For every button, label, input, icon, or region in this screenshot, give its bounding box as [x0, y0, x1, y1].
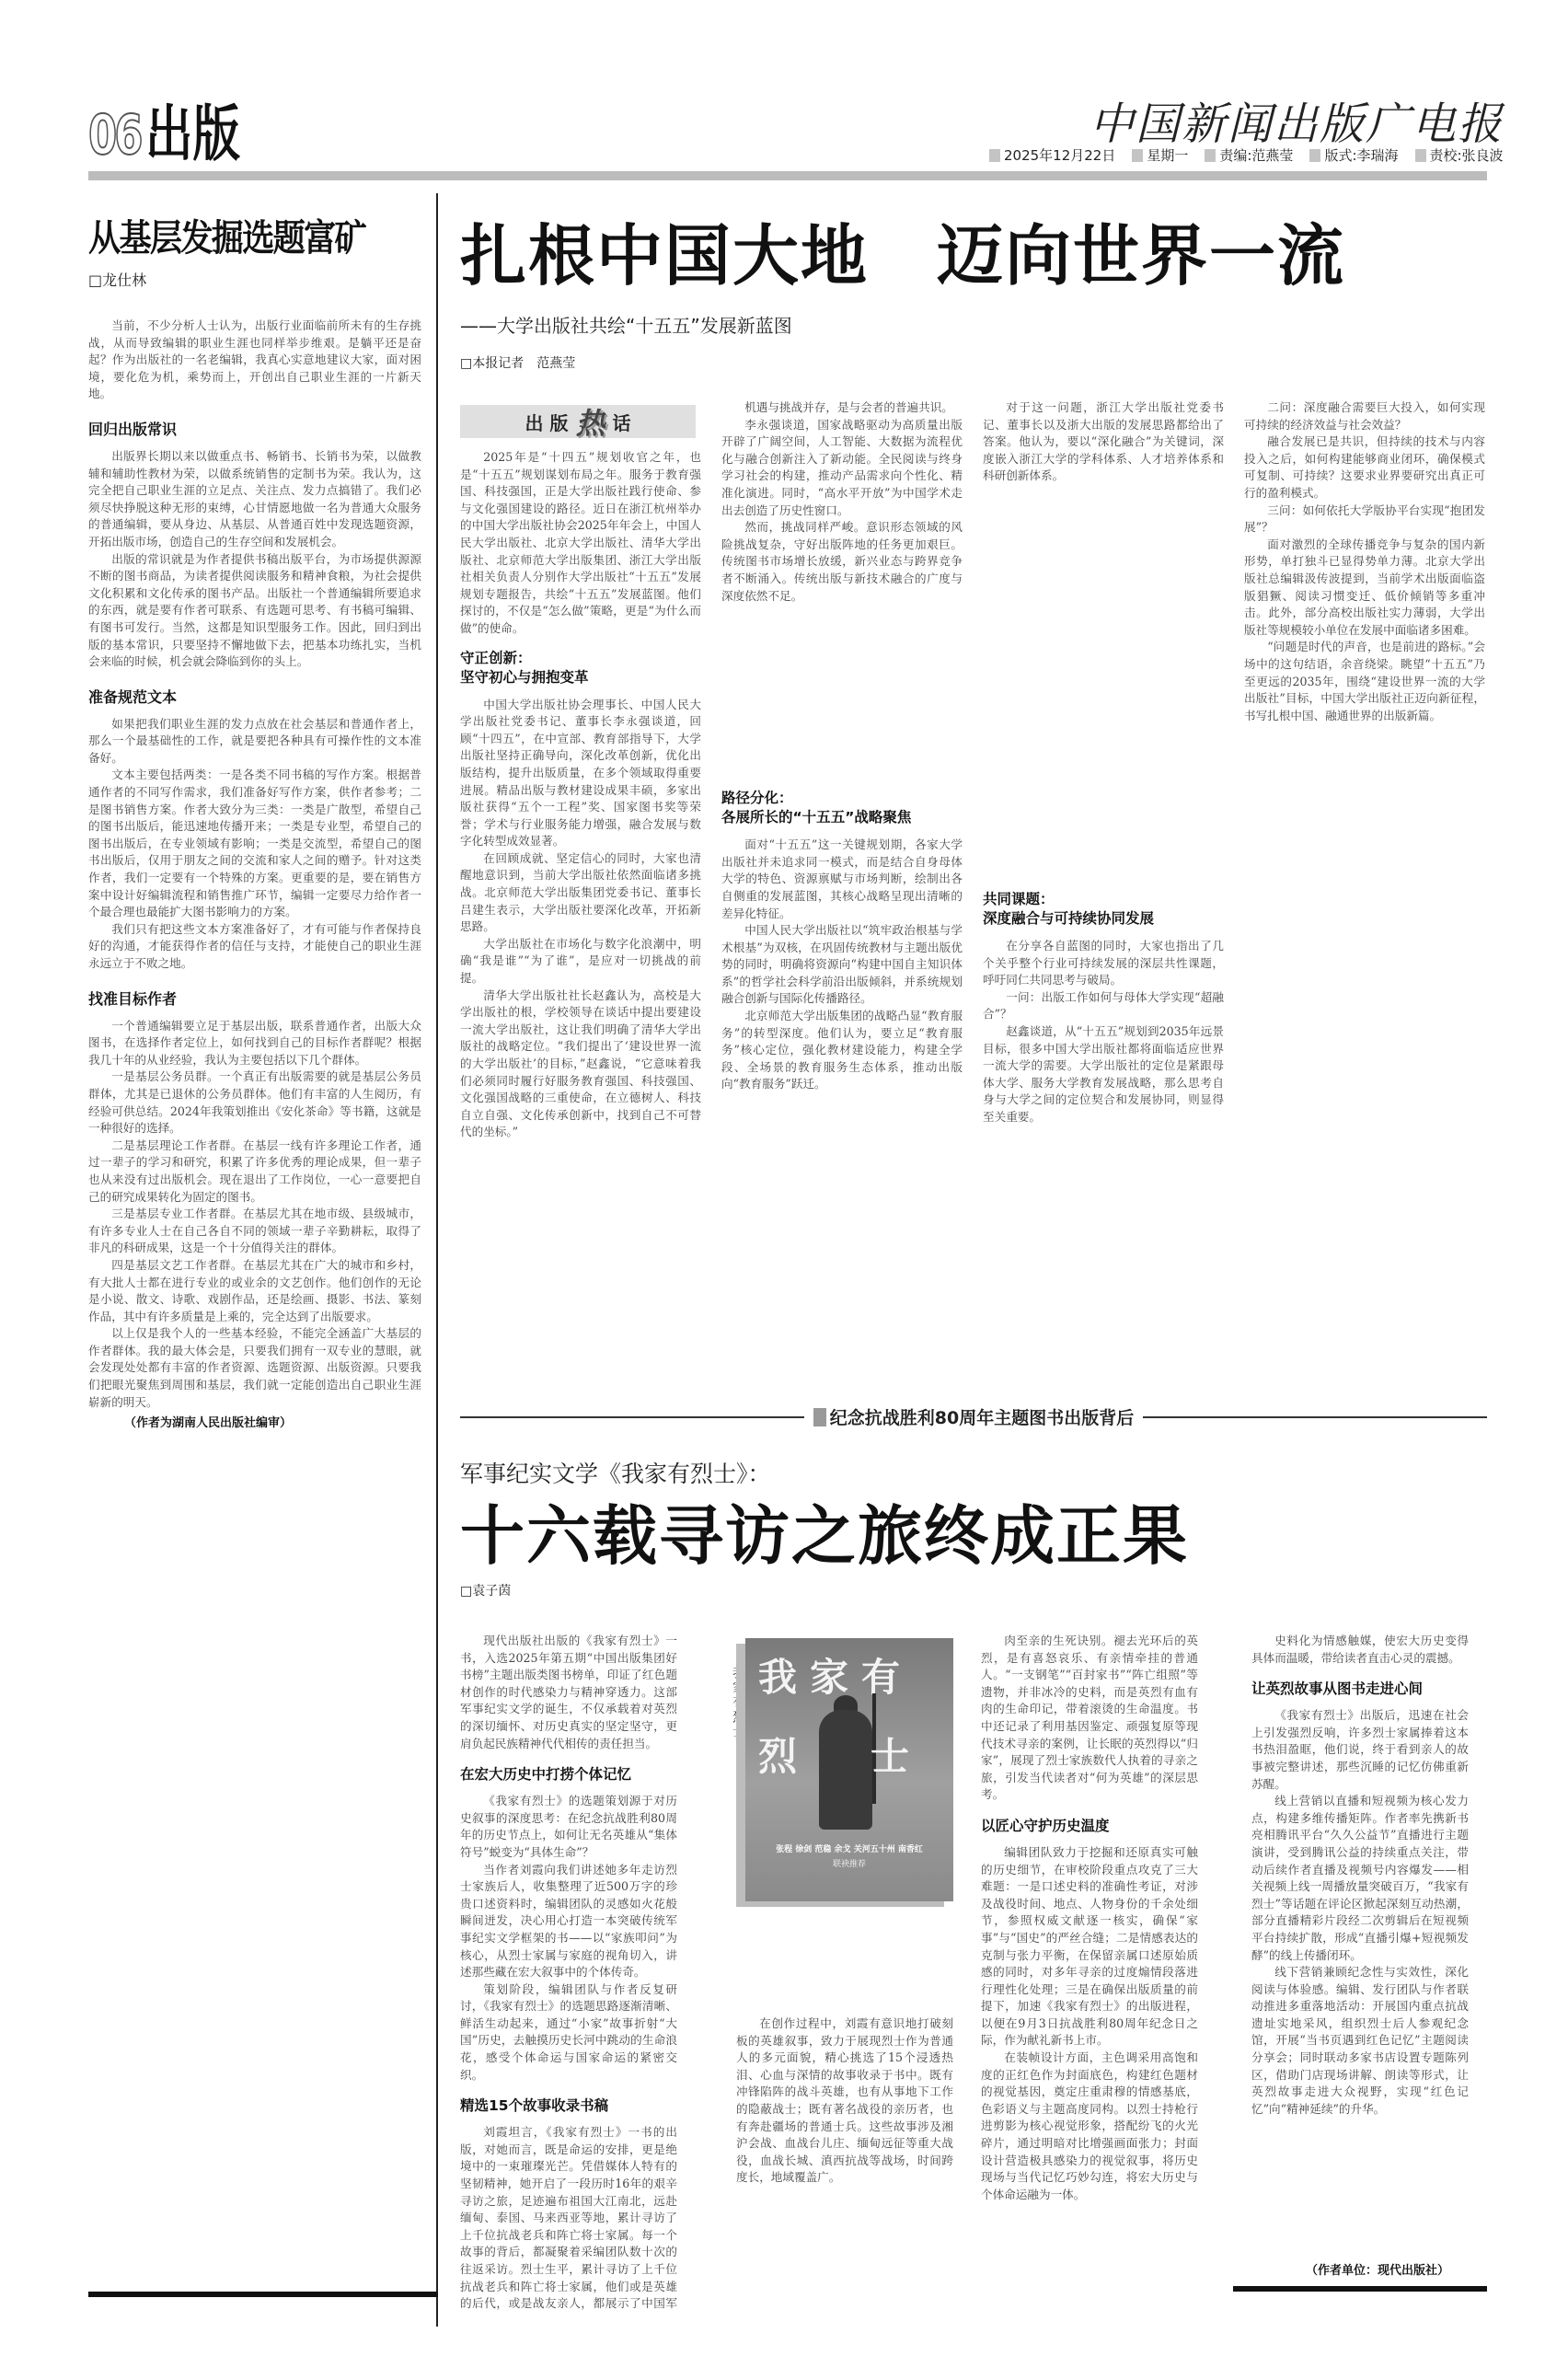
paragraph: 二是基层理论工作者群。在基层一线有许多理论工作者，通过一辈子的学习和研究，积累了… — [88, 1138, 421, 1206]
paragraph: 如果把我们职业生涯的发力点放在社会基层和普通作者上，那么一个最基础性的工作，就是… — [88, 716, 421, 768]
second-article-title: 十六载寻访之旅终成正果 — [460, 1498, 1189, 1574]
paragraph: 四是基层文艺工作者群。在基层尤其在广大的城市和乡村，有大批人士都在进行专业的或业… — [88, 1257, 421, 1325]
square-marker-icon — [1205, 149, 1216, 162]
left-article-intro: 当前，不少分析人士认为，出版行业面临前所未有的生存挑战，从而导致编辑的职业生涯也… — [88, 318, 421, 403]
paragraph: 机遇与挑战并存，是与会者的普遍共识。 — [721, 399, 963, 417]
second-article-intro: 现代出版社出版的《我家有烈士》一书，入选2025年第五期“中国出版集团好书榜”主… — [460, 1633, 677, 1752]
paragraph: 《我家有烈士》的选题策划源于对历史叙事的深度思考：在纪念抗战胜利80周年的历史节… — [460, 1793, 677, 1861]
paragraph: 文本主要包括两类：一是各类不同书稿的写作方案。根据普通作者的不同写作需求，我们准… — [88, 767, 421, 920]
square-marker-icon — [1415, 149, 1426, 162]
paragraph: 北京师范大学出版集团的战略凸显“教育服务”的转型深度。他们认为，要立足“教育服务… — [721, 1008, 963, 1093]
page-number: 06 — [88, 103, 141, 167]
paragraph: 线上营销以直播和短视频为核心发力点，构建多维传播矩阵。作者率先携新书亮相腾讯平台… — [1251, 1793, 1469, 1964]
second-article-column-1: 现代出版社出版的《我家有烈士》一书，入选2025年第五期“中国出版集团好书榜”主… — [460, 1633, 677, 2314]
square-marker-icon — [989, 149, 1000, 162]
main-article-subtitle: ——大学出版社共绘“十五五”发展新蓝图 — [460, 311, 792, 338]
cover-title-line1: 我家有 — [758, 1647, 913, 1703]
paragraph: 编辑团队致力于挖掘和还原真实可触的历史细节，在审校阶段重点攻克了三大难题：一是口… — [981, 1844, 1198, 2050]
second-article-column-3: 肉至亲的生死诀别。褪去光环后的英烈，是有喜怒哀乐、有亲情牵挂的普通人。“一支钢笔… — [981, 1633, 1198, 2314]
header-divider — [88, 171, 1487, 180]
section-heading: 让英烈故事从图书走进心间 — [1251, 1678, 1469, 1698]
section-heading: 以匠心守护历史温度 — [981, 1815, 1198, 1835]
issue-meta: 2025年12月22日 星期一 责编:范燕莹 版式:李瑞海 责校:张良波 — [989, 145, 1504, 165]
paragraph: 大学出版社在市场化与数字化浪潮中，明确“我是谁”“为了谁”，是应对一切挑战的前提… — [460, 936, 701, 987]
second-article-column-4: 史料化为情感触媒，使宏大历史变得具体而温暖，带给读者直击心灵的震撼。 让英烈故事… — [1251, 1633, 1469, 2295]
author-affiliation: （作者为湖南人民出版社编审） — [88, 1413, 421, 1430]
section-heading: 回归出版常识 — [88, 418, 421, 439]
paragraph: 中国人民大学出版社以“筑牢政治根基与学术根基”为双核，在巩固传统教材与主题出版优… — [721, 922, 963, 1008]
paragraph: 我们只有把这些文本方案准备好了，才有可能与作者保持良好的沟通，才能获得作者的信任… — [88, 921, 421, 973]
column-divider — [436, 193, 438, 2327]
paragraph: 融合发展已是共识，但持续的技术与内容投入之后，如何构建能够商业闭环，确保模式可复… — [1244, 433, 1485, 502]
paragraph: 面对“十五五”这一关键规划期，各家大学出版社并未追求同一模式，而是结合自身母体大… — [721, 837, 963, 922]
section-heading: 共同课题： 深度融合与可持续协同发展 — [983, 890, 1224, 929]
paragraph: “问题是时代的声音，也是前进的路标。”会场中的这句结语，余音绕梁。眺望“十五五”… — [1244, 639, 1485, 724]
cover-recommend-label: 联袂推荐 — [755, 1857, 944, 1869]
square-marker-icon — [1309, 149, 1320, 162]
hot-calligraphy-icon: 热 — [575, 400, 605, 443]
paragraph: 清华大学出版社社长赵鑫认为，高校是大学出版社的根，学校领导在谈话中提出要建设一流… — [460, 987, 701, 1141]
main-article-title: 扎根中国大地 迈向世界一流 — [460, 217, 1345, 294]
editor-credit: 责编:范燕莹 — [1205, 145, 1293, 165]
second-article-kicker: 军事纪实文学《我家有烈士》： — [460, 1456, 771, 1489]
layout-credit: 版式:李瑞海 — [1309, 145, 1398, 165]
author-affiliation: （作者单位：现代出版社） — [1270, 2260, 1449, 2278]
paragraph: 以上仅是我个人的一些基本经验，不能完全涵盖广大基层的作者群体。我的最大体会是，只… — [88, 1325, 421, 1411]
newspaper-logo: 中国新闻出版广电报 — [1090, 88, 1504, 152]
paragraph: 对于这一问题，浙江大学出版社党委书记、董事长以及浙大出版的发展思路都给出了答案。… — [983, 399, 1224, 485]
paragraph: 一问：出版工作如何与母体大学实现“超融合”？ — [983, 989, 1224, 1023]
left-article-title: 从基层发掘选题富矿 — [88, 214, 382, 263]
banner-title: 纪念抗战胜利80周年主题图书出版背后 — [830, 1404, 1134, 1429]
section-heading: 精选15个故事收录书稿 — [460, 2095, 677, 2115]
paragraph: 三是基层专业工作者群。在基层尤其在地市级、县级城市，有许多专业人士在自己各自不同… — [88, 1206, 421, 1257]
square-marker-icon — [1132, 149, 1143, 162]
paragraph: 李永强谈道，国家战略驱动为高质量出版开辟了广阔空间，人工智能、大数据为流程优化与… — [721, 417, 963, 520]
paragraph: 然而，挑战同样严峻。意识形态领域的风险挑战复杂，守好出版阵地的任务更加艰巨。传统… — [721, 519, 963, 605]
cover-recommenders: 张程 徐剑 范稳 余戈 关河五十州 南香红 — [755, 1842, 944, 1854]
issue-date: 2025年12月22日 — [989, 145, 1115, 165]
paragraph: 在回顾成就、坚定信心的同时，大家也清醒地意识到，当前大学出版社依然面临诸多挑战。… — [460, 850, 701, 936]
paragraph: 二问：深度融合需要巨大投入，如何实现可持续的经济效益与社会效益？ — [1244, 399, 1485, 433]
paragraph: 史料化为情感触媒，使宏大历史变得具体而温暖，带给读者直击心灵的震撼。 — [1251, 1633, 1469, 1667]
main-article-column-4: 二问：深度融合需要巨大投入，如何实现可持续的经济效益与社会效益？ 融合发展已是共… — [1244, 399, 1485, 1379]
paragraph: 刘霞坦言，《我家有烈士》一书的出版，对她而言，既是命运的安排，更是绝境中的一束璀… — [460, 2124, 677, 2314]
section-heading: 守正创新： 坚守初心与拥抱变革 — [460, 649, 701, 687]
banner-rule — [460, 1416, 804, 1418]
left-article-end-rule — [88, 2292, 438, 2297]
section-heading: 路径分化： 各展所长的“十五五”战略聚焦 — [721, 789, 963, 827]
topic-banner: 纪念抗战胜利80周年主题图书出版背后 — [460, 1404, 1487, 1429]
cover-title-line2: 烈士 — [758, 1727, 953, 1782]
section-name: 出版 — [145, 99, 240, 169]
paragraph: 在装帧设计方面，主色调采用高饱和度的正红色作为封面底色，构建红色题材的视觉基因，… — [981, 2050, 1198, 2203]
book-spine-title: 我家有烈士 — [729, 1666, 747, 1739]
left-article: 从基层发掘选题富矿 □龙仕林 当前，不少分析人士认为，出版行业面临前所未有的生存… — [88, 214, 421, 1430]
paragraph: 中国大学出版社协会理事长、中国人民大学出版社党委书记、董事长李永强谈道，回顾“十… — [460, 697, 701, 850]
main-article-intro: 2025年是“十四五”规划收官之年，也是“十五五”规划谋划布局之年。服务于教育强… — [460, 449, 701, 638]
second-article-column-2: 在创作过程中，刘霞有意识地打破刻板的英雄叙事，致力于展现烈士作为普通人的多元面貌… — [736, 2015, 953, 2319]
section-heading: 准备规范文本 — [88, 686, 421, 707]
main-article-column-1: 2025年是“十四五”规划收官之年，也是“十五五”规划谋划布局之年。服务于教育强… — [460, 449, 701, 1379]
paragraph: 出版界长期以来以做重点书、畅销书、长销书为荣，以做教辅和辅助性教材为荣，以做系统… — [88, 448, 421, 551]
left-article-byline: □龙仕林 — [88, 269, 421, 290]
paragraph: 一是基层公务员群。一个真正有出版需要的就是基层公务员群体，尤其是已退休的公务员群… — [88, 1068, 421, 1137]
paragraph: 三问：如何依托大学版协平台实现“抱团发展”？ — [1244, 502, 1485, 537]
proofreader-credit: 责校:张良波 — [1415, 145, 1504, 165]
square-marker-icon — [813, 1408, 826, 1426]
banner-rule — [1143, 1416, 1487, 1418]
paragraph: 赵鑫谈道，从“十五五”规划到2035年远景目标，很多中国大学出版社都将面临适应世… — [983, 1023, 1224, 1126]
main-article-column-2: 机遇与挑战并存，是与会者的普遍共识。 李永强谈道，国家战略驱动为高质量出版开辟了… — [721, 399, 963, 1379]
book-cover-image: 我家有 烈士 张程 徐剑 范稳 余戈 关河五十州 南香红 联袂推荐 — [745, 1638, 953, 1901]
paragraph: 策划阶段，编辑团队与作者反复研讨，《我家有烈士》的选题思路逐渐清晰、鲜活生动起来… — [460, 1981, 677, 2085]
paragraph: 线下营销兼顾纪念性与实效性，深化阅读与体验感。编辑、发行团队与作者联动推进多重落… — [1251, 1964, 1469, 2118]
issue-weekday: 星期一 — [1132, 145, 1188, 165]
second-article-byline: □袁子茵 — [460, 1581, 511, 1599]
main-article-byline: □本报记者 范燕莹 — [460, 353, 575, 372]
paragraph: 当作者刘霞向我们讲述她多年走访烈士家族后人，收集整理了近500万字的珍贵口述资料… — [460, 1862, 677, 1981]
paragraph: 在创作过程中，刘霞有意识地打破刻板的英雄叙事，致力于展现烈士作为普通人的多元面貌… — [736, 2015, 953, 2187]
column-badge-publishing-hot-talk: 出 版 热 话 — [460, 405, 696, 438]
paragraph: 在分享各自蓝图的同时，大家也指出了几个关乎整个行业可持续发展的深层共性课题，呼吁… — [983, 938, 1224, 989]
paragraph: 一个普通编辑要立足于基层出版，联系普通作者，出版大众图书，在选择作者定位上，如何… — [88, 1018, 421, 1069]
paragraph: 肉至亲的生死诀别。褪去光环后的英烈，是有喜怒哀乐、有亲情牵挂的普通人。“一支钢笔… — [981, 1633, 1198, 1804]
paragraph: 《我家有烈士》出版后，迅速在社会上引发强烈反响，许多烈士家属捧着这本书热泪盈眶，… — [1251, 1707, 1469, 1793]
section-heading: 找准目标作者 — [88, 987, 421, 1009]
section-heading: 在宏大历史中打捞个体记忆 — [460, 1763, 677, 1784]
paragraph: 出版的常识就是为作者提供书稿出版平台，为市场提供源源不断的图书商品，为读者提供阅… — [88, 551, 421, 671]
main-article-column-3: 对于这一问题，浙江大学出版社党委书记、董事长以及浙大出版的发展思路都给出了答案。… — [983, 399, 1224, 1379]
paragraph: 面对激烈的全球传播竞争与复杂的国内新形势，单打独斗已显得势单力薄。北京大学出版社… — [1244, 537, 1485, 640]
